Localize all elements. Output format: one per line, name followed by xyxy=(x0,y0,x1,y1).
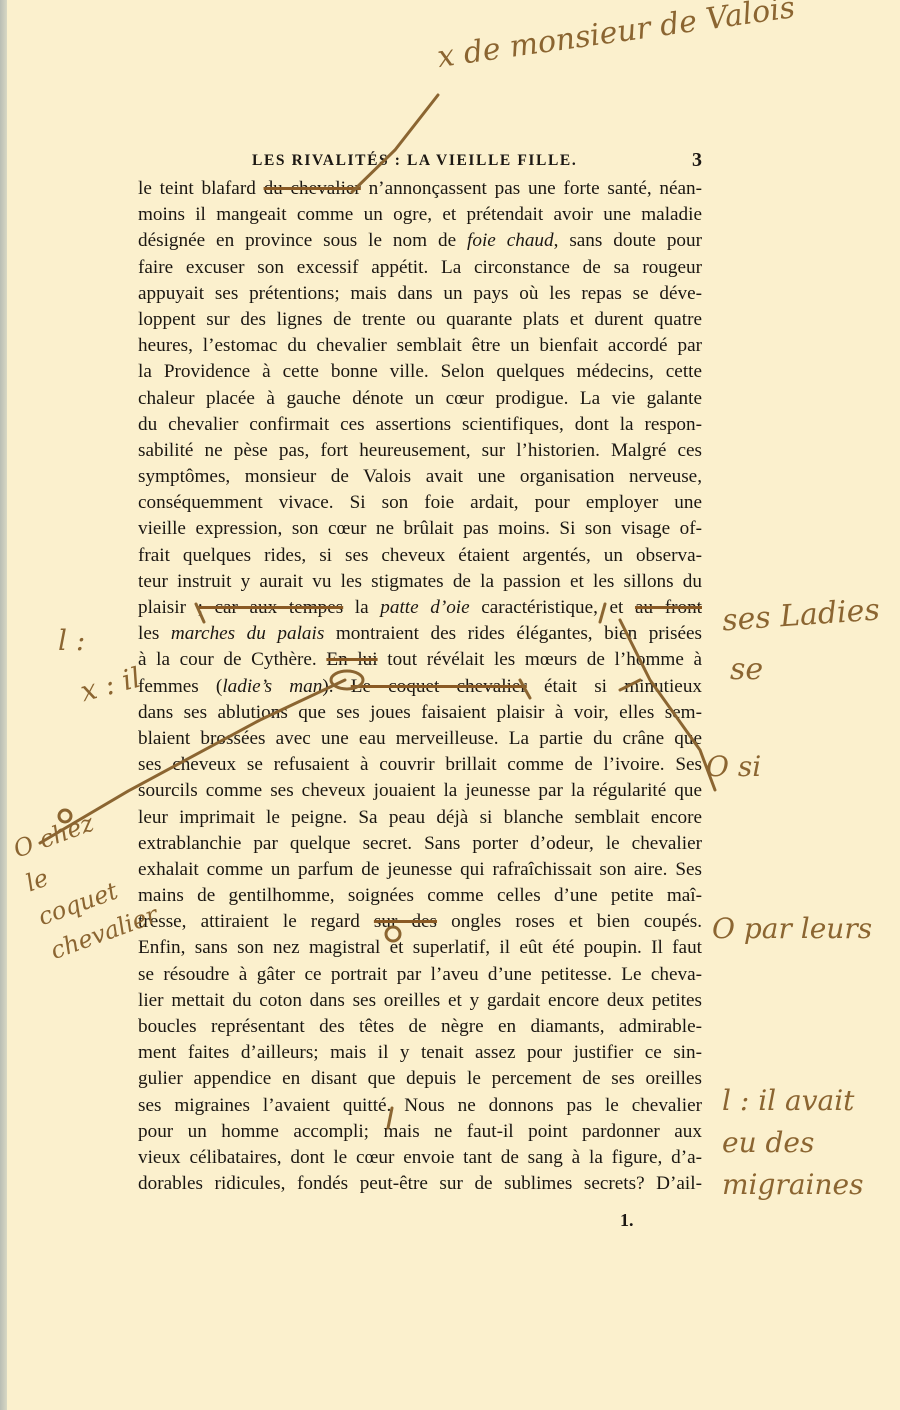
text-segment: teur instruit y aurait vu les stigmates … xyxy=(138,571,702,592)
text-segment: blaient brossées avec une eau merveilleu… xyxy=(138,728,702,749)
text-line: ment faites d’ailleurs; mais il y tenait… xyxy=(138,1040,702,1066)
text-segment: leur imprimait le peigne. Sa peau déjà s… xyxy=(138,807,702,828)
text-segment: la xyxy=(343,597,380,618)
text-segment: plaisir xyxy=(138,597,198,618)
text-segment: frait quelques rides, si ses cheveux éta… xyxy=(138,545,702,566)
text-line: sourcils comme ses cheveux jouaient la j… xyxy=(138,778,702,804)
struck-text: sur des xyxy=(374,911,437,932)
text-line: teur instruit y aurait vu les stigmates … xyxy=(138,569,702,595)
text-line: leur imprimait le peigne. Sa peau déjà s… xyxy=(138,805,702,831)
text-line: femmes (ladie’s man). Le coquet chevalie… xyxy=(138,674,702,700)
text-line: pour un homme accompli; mais ne faut-il … xyxy=(138,1119,702,1145)
italic-text: marches du palais xyxy=(171,623,324,644)
text-segment: vieux célibataires, dont le cœur envoie … xyxy=(138,1147,702,1168)
text-segment: la Providence à cette bonne ville. Selon… xyxy=(138,361,702,382)
text-line: ses cheveux se refusaient à couvrir bril… xyxy=(138,752,702,778)
text-line: lier mettait du coton dans ses oreilles … xyxy=(138,988,702,1014)
text-segment: ). xyxy=(322,676,350,697)
text-line: conséquemment vivace. Si son foie ardait… xyxy=(138,490,702,516)
text-segment: se résoudre à gâter ce portrait par l’av… xyxy=(138,964,702,985)
text-line: ses migraines l’avaient quitté. Nous ne … xyxy=(138,1093,702,1119)
text-segment: Enfin, sans son nez magistral et superla… xyxy=(138,937,702,958)
body-text: le teint blafard du chevalier n’annonças… xyxy=(138,176,702,1197)
text-line: heures, l’estomac du chevalier semblait … xyxy=(138,333,702,359)
text-line: à la cour de Cythère. En lui tout révéla… xyxy=(138,647,702,673)
signature-mark: 1. xyxy=(620,1210,634,1231)
text-segment: lier mettait du coton dans ses oreilles … xyxy=(138,990,702,1011)
struck-text: au front xyxy=(635,597,702,618)
text-segment: symptômes, monsieur de Valois avait une … xyxy=(138,466,702,487)
text-segment: appuyait ses prétentions; mais dans un p… xyxy=(138,283,702,304)
text-segment: dorables ridicules, fondés peut-être sur… xyxy=(138,1173,702,1194)
text-line: boucles représentant des têtes de nègre … xyxy=(138,1014,702,1040)
text-segment: mains de gentilhomme, soignées comme cel… xyxy=(138,885,702,906)
struck-text: Le coquet chevalier xyxy=(351,676,527,697)
text-segment: ongles roses et bien coupés. xyxy=(437,911,702,932)
text-line: frait quelques rides, si ses cheveux éta… xyxy=(138,543,702,569)
text-line: chaleur placée à gauche dénote un cœur p… xyxy=(138,386,702,412)
annotation-right-4: O par leurs xyxy=(712,912,872,945)
text-segment: loppent sur des lignes de trente ou quar… xyxy=(138,309,702,330)
text-line: se résoudre à gâter ce portrait par l’av… xyxy=(138,962,702,988)
text-line: le teint blafard du chevalier n’annonças… xyxy=(138,176,702,202)
text-segment: ses cheveux se refusaient à couvrir bril… xyxy=(138,754,702,775)
struck-text: ; car aux tempes xyxy=(198,597,344,618)
text-segment: gulier appendice en disant que depuis le… xyxy=(138,1068,702,1089)
text-segment: femmes ( xyxy=(138,676,222,697)
text-line: vieux célibataires, dont le cœur envoie … xyxy=(138,1145,702,1171)
struck-text: du chevalier xyxy=(264,178,361,199)
text-segment: montraient des rides élégantes, bien pri… xyxy=(324,623,702,644)
text-segment: sourcils comme ses cheveux jouaient la j… xyxy=(138,780,702,801)
book-page: LES RIVALITÉS : LA VIEILLE FILLE. 3 le t… xyxy=(0,0,900,1410)
text-segment: désignée en province sous le nom de xyxy=(138,230,467,251)
annotation-right-3: O si xyxy=(706,750,761,783)
annotation-top: x de monsieur de Valois xyxy=(435,0,797,75)
text-segment: moins il mangeait comme un ogre, et prét… xyxy=(138,204,702,225)
text-segment: ment faites d’ailleurs; mais il y tenait… xyxy=(138,1042,702,1063)
text-segment: chaleur placée à gauche dénote un cœur p… xyxy=(138,388,702,409)
text-segment: sabilité ne pèse pas, fort heureusement,… xyxy=(138,440,702,461)
text-line: loppent sur des lignes de trente ou quar… xyxy=(138,307,702,333)
text-line: plaisir ; car aux tempes la patte d’oie … xyxy=(138,595,702,621)
text-line: sabilité ne pèse pas, fort heureusement,… xyxy=(138,438,702,464)
annotation-left-2: x : il xyxy=(77,661,144,709)
text-line: appuyait ses prétentions; mais dans un p… xyxy=(138,281,702,307)
annotation-right-2: se xyxy=(730,652,763,687)
text-line: extrablanchie par quelque secret. Sans p… xyxy=(138,831,702,857)
text-segment: exhalait comme un parfum de jeunesse qui… xyxy=(138,859,702,880)
text-segment: le teint blafard xyxy=(138,178,264,199)
text-segment: pour un homme accompli; mais ne faut-il … xyxy=(138,1121,702,1142)
text-line: moins il mangeait comme un ogre, et prét… xyxy=(138,202,702,228)
annotation-right-5: l : il avait eu des migraines xyxy=(722,1080,892,1206)
text-segment: , sans doute pour xyxy=(554,230,702,251)
annotation-left-3: O chez le coquet chevalier xyxy=(8,799,151,969)
text-segment: heures, l’estomac du chevalier semblait … xyxy=(138,335,702,356)
italic-text: patte d’oie xyxy=(380,597,469,618)
text-line: gulier appendice en disant que depuis le… xyxy=(138,1066,702,1092)
text-segment: du chevalier confirmait ces assertions s… xyxy=(138,414,702,435)
text-segment: était si minutieux xyxy=(527,676,702,697)
text-segment: ses migraines l’avaient quitté. Nous ne … xyxy=(138,1095,702,1116)
text-line: dorables ridicules, fondés peut-être sur… xyxy=(138,1171,702,1197)
italic-text: ladie’s man xyxy=(222,676,322,697)
text-segment: tresse, attiraient le regard xyxy=(138,911,374,932)
annotation-right-1: ses Ladies xyxy=(721,593,881,639)
text-line: désignée en province sous le nom de foie… xyxy=(138,228,702,254)
text-segment: caractéristique, et xyxy=(470,597,635,618)
text-line: blaient brossées avec une eau merveilleu… xyxy=(138,726,702,752)
text-line: exhalait comme un parfum de jeunesse qui… xyxy=(138,857,702,883)
text-segment: à la cour de Cythère. xyxy=(138,649,326,670)
text-segment: faire excuser son excessif appétit. La c… xyxy=(138,257,702,278)
text-segment: boucles représentant des têtes de nègre … xyxy=(138,1016,702,1037)
text-line: faire excuser son excessif appétit. La c… xyxy=(138,255,702,281)
italic-text: foie chaud xyxy=(467,230,554,251)
annotation-left-1: l : xyxy=(58,624,85,657)
running-head-title: LES RIVALITÉS : LA VIEILLE FILLE. xyxy=(252,152,577,169)
text-line: dans ses ablutions que ses joues faisaie… xyxy=(138,700,702,726)
text-segment: dans ses ablutions que ses joues faisaie… xyxy=(138,702,702,723)
text-line: vieille expression, son cœur ne brûlait … xyxy=(138,516,702,542)
text-line: la Providence à cette bonne ville. Selon… xyxy=(138,359,702,385)
text-line: mains de gentilhomme, soignées comme cel… xyxy=(138,883,702,909)
struck-text: En lui xyxy=(326,649,377,670)
text-segment: extrablanchie par quelque secret. Sans p… xyxy=(138,833,702,854)
text-line: du chevalier confirmait ces assertions s… xyxy=(138,412,702,438)
text-line: tresse, attiraient le regard sur des ong… xyxy=(138,909,702,935)
running-head: LES RIVALITÉS : LA VIEILLE FILLE. 3 xyxy=(252,152,702,170)
text-line: symptômes, monsieur de Valois avait une … xyxy=(138,464,702,490)
text-segment: tout révélait les mœurs de l’homme à xyxy=(378,649,702,670)
text-segment: les xyxy=(138,623,171,644)
text-segment: n’annonçassent pas une forte santé, néan… xyxy=(361,178,702,199)
page-number: 3 xyxy=(692,149,702,172)
text-line: Enfin, sans son nez magistral et superla… xyxy=(138,935,702,961)
text-segment: vieille expression, son cœur ne brûlait … xyxy=(138,518,702,539)
text-line: les marches du palais montraient des rid… xyxy=(138,621,702,647)
text-segment: conséquemment vivace. Si son foie ardait… xyxy=(138,492,702,513)
